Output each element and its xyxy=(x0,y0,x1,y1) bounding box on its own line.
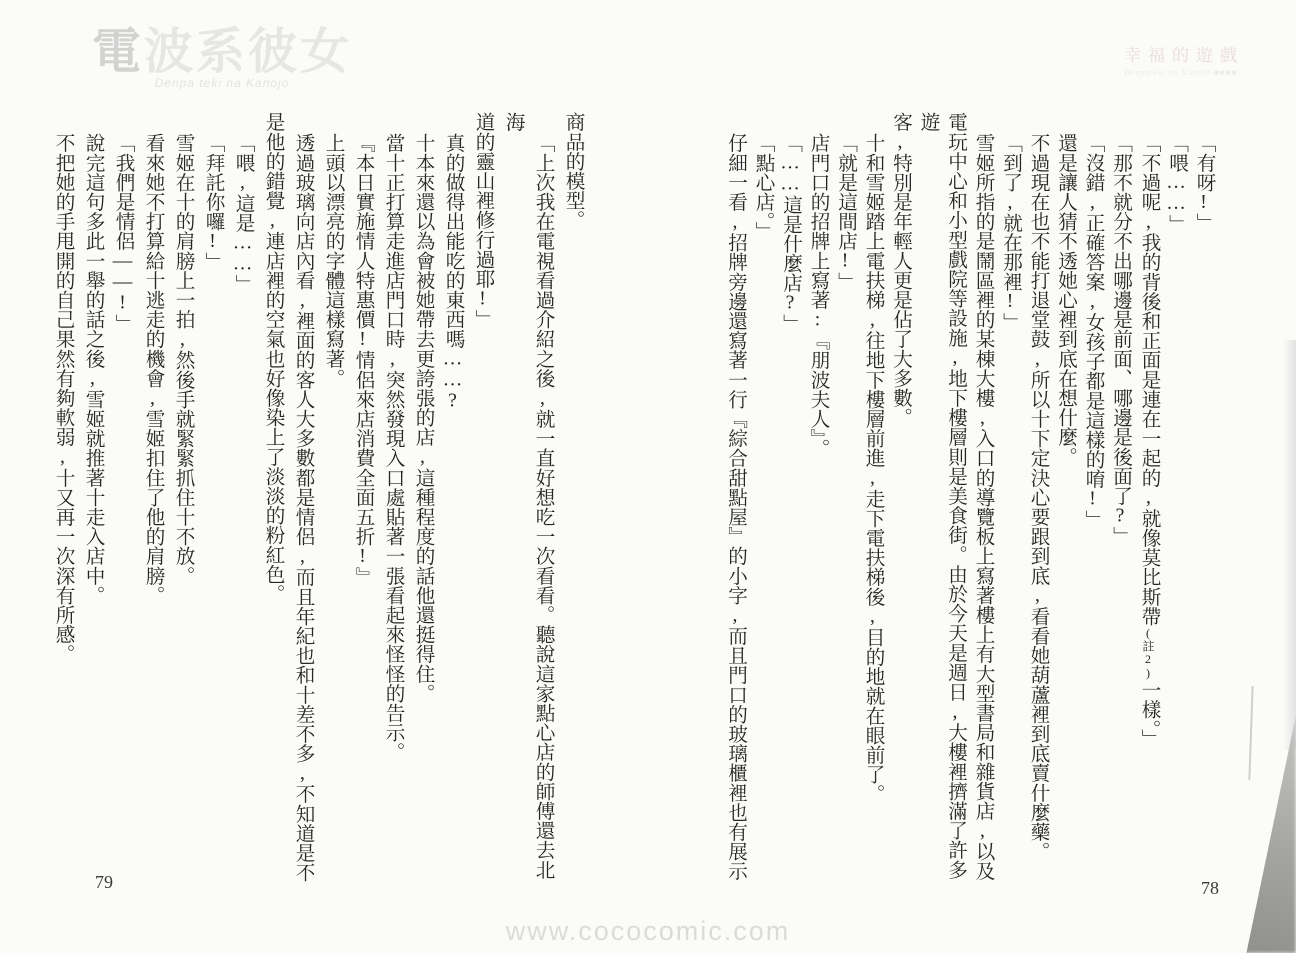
scan-edge-shadow xyxy=(1283,340,1296,750)
text-run: 一樣。」 xyxy=(1138,680,1159,749)
text-column: 「我們是情侶——!」 xyxy=(107,112,137,884)
text-column: 是他的錯覺,連店裡的空氣也好像染上了淡淡的粉紅色。 xyxy=(257,112,287,884)
chapter-subtitle: Denpateki na Kanojo ■■■■ xyxy=(1124,68,1244,77)
text-column: 道的靈山裡修行過耶!」 xyxy=(467,112,497,884)
scan-edge-line xyxy=(1248,686,1253,780)
text-column: 看來她不打算給十逃走的機會,雪姬扣住了他的肩膀。 xyxy=(137,112,167,884)
watermark-text: www.cococomic.com xyxy=(0,916,1296,947)
text-column: 十本來還以為會被她帶去更誇張的店,這種程度的話他還挺得住。 xyxy=(407,112,437,884)
book-title-first-char: 電 xyxy=(92,25,144,79)
chapter-header: 幸福的遊戲 Denpateki na Kanojo ■■■■ xyxy=(1124,46,1244,77)
text-column: 店門口的招牌上寫著:『朋波夫人』。 xyxy=(804,112,832,884)
text-column: 不過現在也不能打退堂鼓,所以十下定決心要跟到底,看看她葫蘆裡到底賣什麼藥。 xyxy=(1024,112,1052,884)
text-column: 透過玻璃向店內看,裡面的客人大多數都是情侶,而且年紀也和十差不多,不知道是不 xyxy=(287,112,317,884)
text-column: 「有呀!」 xyxy=(1190,112,1218,884)
text-column: 不把她的手甩開的自己果然有夠軟弱,十又再一次深有所感。 xyxy=(47,112,77,884)
text-column: 商品的模型。 xyxy=(557,112,587,884)
text-column: 仔細一看,招牌旁邊還寫著一行『綜合甜點屋』的小字,而且門口的玻璃櫃裡也有展示 xyxy=(721,112,749,884)
text-column: 「到了,就在那裡!」 xyxy=(996,112,1024,884)
inline-note: (註2) xyxy=(1141,626,1155,680)
text-column: 「就是這間店!」 xyxy=(831,112,859,884)
text-column: 雪姬所指的是鬧區裡的某棟大樓,入口的導覽板上寫著樓上有大型書局和雜貨店,以及 xyxy=(969,112,997,884)
text-run: 「不過呢,我的背後和正面是連在一起的,就像莫比斯帶 xyxy=(1138,133,1159,626)
text-column: 上頭以漂亮的字體這樣寫著。 xyxy=(317,112,347,884)
text-column: 「點心店。」 xyxy=(749,112,777,884)
chapter-title: 幸福的遊戲 xyxy=(1124,46,1244,66)
page-right-text: 「有呀!」「喂……」「不過呢,我的背後和正面是連在一起的,就像莫比斯帶(註2)一… xyxy=(721,112,1217,884)
text-column: 客,特別是年輕人更是佔了大多數。 xyxy=(886,112,914,884)
text-column: 說完這句多此一舉的話之後,雪姬就推著十走入店中。 xyxy=(77,112,107,884)
book-title-rest: 波系彼女 xyxy=(144,25,352,79)
text-column: 「喂……」 xyxy=(1162,112,1190,884)
text-column: 當十正打算走進店門口時,突然發現入口處貼著一張看起來怪怪的告示。 xyxy=(377,112,407,884)
text-column: 「沒錯,正確答案,女孩子都是這樣的唷!」 xyxy=(1079,112,1107,884)
text-column: 真的做得出能吃的東西嗎……? xyxy=(437,112,467,884)
text-column: 「那不就分不出哪邊是前面、哪邊是後面了?」 xyxy=(1106,112,1134,884)
text-column: 還是讓人猜不透她心裡到底在想什麼。 xyxy=(1051,112,1079,884)
text-column: 「喂,這是……」 xyxy=(227,112,257,884)
page-number-right: 78 xyxy=(1201,878,1219,899)
page-left-text: 商品的模型。「上次我在電視看過介紹之後,就一直好想吃一次看看。聽說這家點心店的師… xyxy=(47,112,587,884)
text-column: 電玩中心和小型戲院等設施,地下樓層則是美食街。由於今天是週日,大樓裡擠滿了許多遊 xyxy=(914,112,969,884)
text-column: 「……這是什麼店?」 xyxy=(776,112,804,884)
text-column: 雪姬在十的肩膀上一拍,然後手就緊緊抓住十不放。 xyxy=(167,112,197,884)
page-number-left: 79 xyxy=(95,872,113,893)
text-column: 「拜託你囉!」 xyxy=(197,112,227,884)
text-column: 十和雪姬踏上電扶梯,往地下樓層前進,走下電扶梯後,目的地就在眼前了。 xyxy=(859,112,887,884)
text-column: 「上次我在電視看過介紹之後,就一直好想吃一次看看。聽說這家點心店的師傅還去北海 xyxy=(497,112,557,884)
book-logo: 電波系彼女 Denpa teki na Kanojo xyxy=(92,26,352,90)
text-column: 『本日實施情人特惠價!情侶來店消費全面五折!』 xyxy=(347,112,377,884)
book-title-logo: 電波系彼女 xyxy=(92,26,352,80)
text-column: 「不過呢,我的背後和正面是連在一起的,就像莫比斯帶(註2)一樣。」 xyxy=(1134,112,1163,884)
